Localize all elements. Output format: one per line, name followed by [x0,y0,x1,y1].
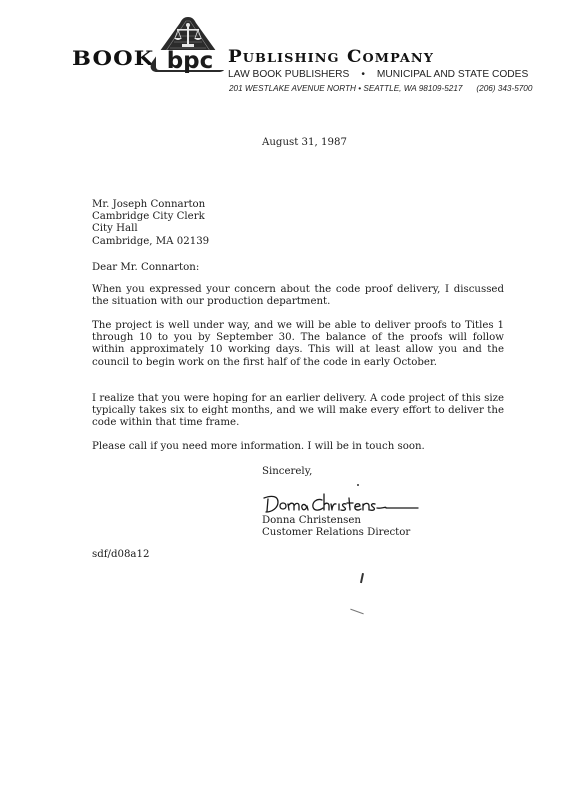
signer-block: Donna ChristensenCustomer Relations Dire… [262,515,410,539]
scan-mark [357,484,359,486]
signer-name: Donna Christensen [262,515,410,527]
svg-text:bpc: bpc [167,48,214,74]
letter-page: BOOK bpc Publishing Com [0,0,573,800]
body-paragraph: I realize that you were hoping for an ea… [92,393,504,430]
salutation: Dear Mr. Connarton: [92,262,199,274]
tagline-municipal-codes: MUNICIPAL AND STATE CODES [377,69,528,80]
reference-initials: sdf/d08a12 [92,549,149,561]
company-name-publishing: Publishing Company [228,47,434,67]
letter-date: August 31, 1987 [262,137,347,149]
company-name-book: BOOK [72,46,154,70]
body-paragraph: The project is well under way, and we wi… [92,320,504,369]
signer-title: Customer Relations Director [262,527,410,539]
handwritten-signature [262,490,422,518]
recipient-address-line-2: Cambridge, MA 02139 [92,236,209,248]
recipient-title: Cambridge City Clerk [92,211,209,223]
recipient-address-line-1: City Hall [92,223,209,235]
body-paragraph: Please call if you need more information… [92,441,504,453]
tagline-separator: • [361,69,365,80]
body-paragraph: When you expressed your concern about th… [92,284,504,308]
scan-mark [350,609,363,615]
bpc-scales-logo-icon: bpc [146,14,230,76]
letterhead-tagline: LAW BOOK PUBLISHERS•MUNICIPAL AND STATE … [228,69,528,80]
recipient-name: Mr. Joseph Connarton [92,199,209,211]
scan-mark [360,573,364,583]
company-phone: (206) 343-5700 [476,84,532,93]
company-address: 201 WESTLAKE AVENUE NORTH • SEATTLE, WA … [229,84,462,93]
closing: Sincerely, [262,466,312,478]
tagline-law-book-publishers: LAW BOOK PUBLISHERS [228,69,349,80]
letterhead-address-line: 201 WESTLAKE AVENUE NORTH • SEATTLE, WA … [229,84,532,93]
recipient-address-block: Mr. Joseph ConnartonCambridge City Clerk… [92,199,209,248]
